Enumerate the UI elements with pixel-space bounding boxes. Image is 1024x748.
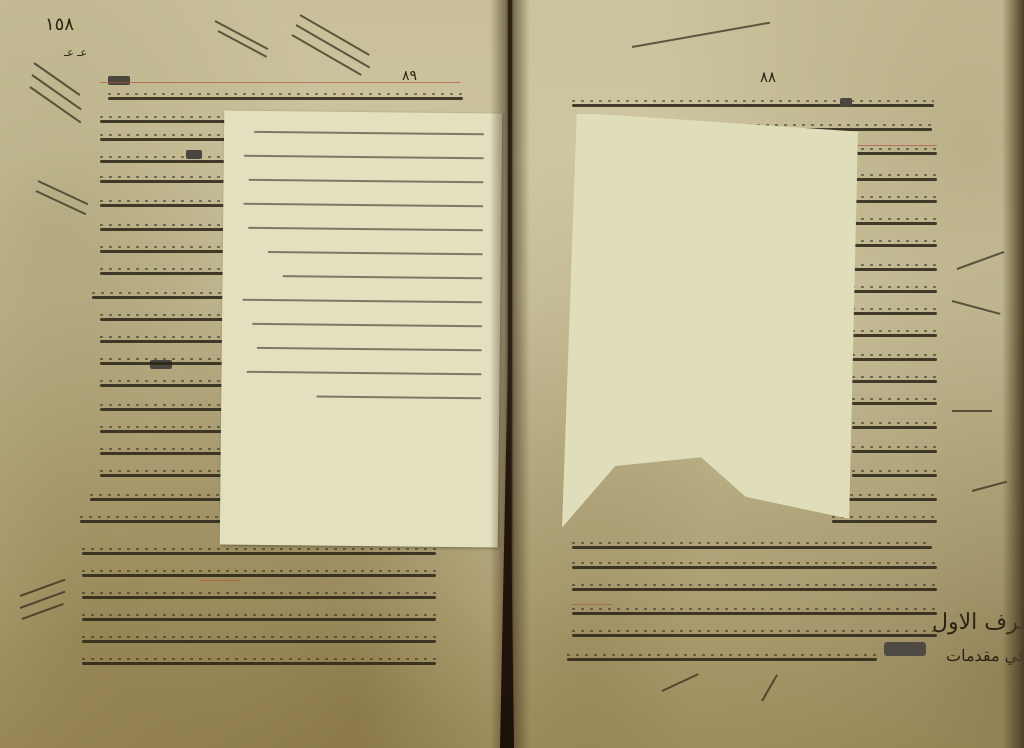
text-line	[572, 634, 937, 637]
margin-annotation	[761, 675, 778, 702]
text-line	[852, 152, 937, 155]
text-line	[82, 618, 436, 621]
margin-annotation	[36, 190, 87, 215]
handwritten-line	[242, 299, 482, 304]
text-line	[567, 658, 877, 661]
text-line	[572, 566, 937, 569]
text-line	[92, 296, 230, 299]
handwritten-line	[257, 347, 482, 351]
handwritten-line	[243, 203, 483, 208]
handwritten-insert-note	[220, 111, 503, 548]
text-line	[852, 268, 937, 271]
text-line	[572, 612, 937, 615]
handwritten-line	[254, 131, 484, 135]
margin-mark: عـ عـ	[64, 46, 87, 59]
text-line	[852, 474, 937, 477]
text-line	[852, 358, 937, 361]
text-line	[108, 97, 463, 100]
text-line	[852, 222, 937, 225]
text-line	[852, 244, 937, 247]
text-line	[100, 362, 230, 365]
text-line	[852, 334, 937, 337]
text-line	[100, 160, 230, 163]
text-line	[852, 450, 937, 453]
red-ruling	[100, 82, 460, 83]
handwritten-line	[316, 396, 481, 400]
page-edge-shadow	[1002, 0, 1024, 748]
stamp-mark	[884, 642, 926, 656]
text-line	[100, 204, 230, 207]
margin-annotation	[957, 251, 1005, 270]
rubric-mark	[840, 98, 852, 107]
handwritten-line	[248, 227, 483, 231]
text-line	[82, 662, 436, 665]
left-page: ١٥٨ عـ عـ ٨٩	[0, 0, 508, 748]
text-line	[100, 138, 230, 141]
text-line	[90, 498, 230, 501]
margin-annotation	[38, 180, 89, 205]
margin-annotation	[632, 22, 770, 48]
text-line	[82, 640, 436, 643]
text-line	[852, 380, 937, 383]
margin-annotation	[662, 673, 699, 692]
red-ruling	[852, 145, 937, 146]
text-line	[100, 272, 230, 275]
text-line	[100, 474, 230, 477]
text-line	[100, 318, 230, 321]
text-line	[572, 104, 934, 107]
text-line	[852, 178, 937, 181]
text-line	[82, 574, 436, 577]
text-line	[100, 340, 230, 343]
margin-annotation	[296, 24, 371, 68]
text-line	[852, 200, 937, 203]
text-line	[100, 120, 230, 123]
manuscript-spread: ١٥٨ عـ عـ ٨٩	[0, 0, 1024, 748]
text-line	[852, 402, 937, 405]
text-line	[572, 588, 937, 591]
text-line	[852, 312, 937, 315]
handwritten-line	[283, 275, 483, 279]
text-line	[100, 452, 230, 455]
handwritten-line	[244, 155, 484, 160]
text-line	[100, 430, 230, 433]
text-line	[100, 408, 230, 411]
text-line	[100, 180, 230, 183]
text-line	[80, 520, 230, 523]
text-line	[82, 596, 436, 599]
margin-annotation	[952, 300, 1001, 315]
handwritten-line	[252, 323, 482, 327]
text-line	[852, 290, 937, 293]
margin-annotation	[952, 410, 992, 412]
folio-number: ١٥٨	[45, 14, 74, 35]
margin-annotation	[300, 14, 370, 56]
handwritten-line	[249, 179, 484, 183]
rubric-mark	[108, 76, 130, 85]
text-line	[82, 552, 436, 555]
text-line	[100, 250, 230, 253]
handwritten-line	[247, 371, 482, 375]
rubric-mark	[186, 150, 202, 159]
red-ruling	[572, 604, 612, 605]
text-line	[572, 546, 932, 549]
text-line	[852, 426, 937, 429]
text-line	[832, 520, 937, 523]
page-number-right: ٨٨	[760, 68, 776, 86]
text-line	[100, 228, 230, 231]
text-line	[100, 384, 230, 387]
handwritten-line	[268, 251, 483, 255]
red-ruling	[200, 580, 240, 581]
